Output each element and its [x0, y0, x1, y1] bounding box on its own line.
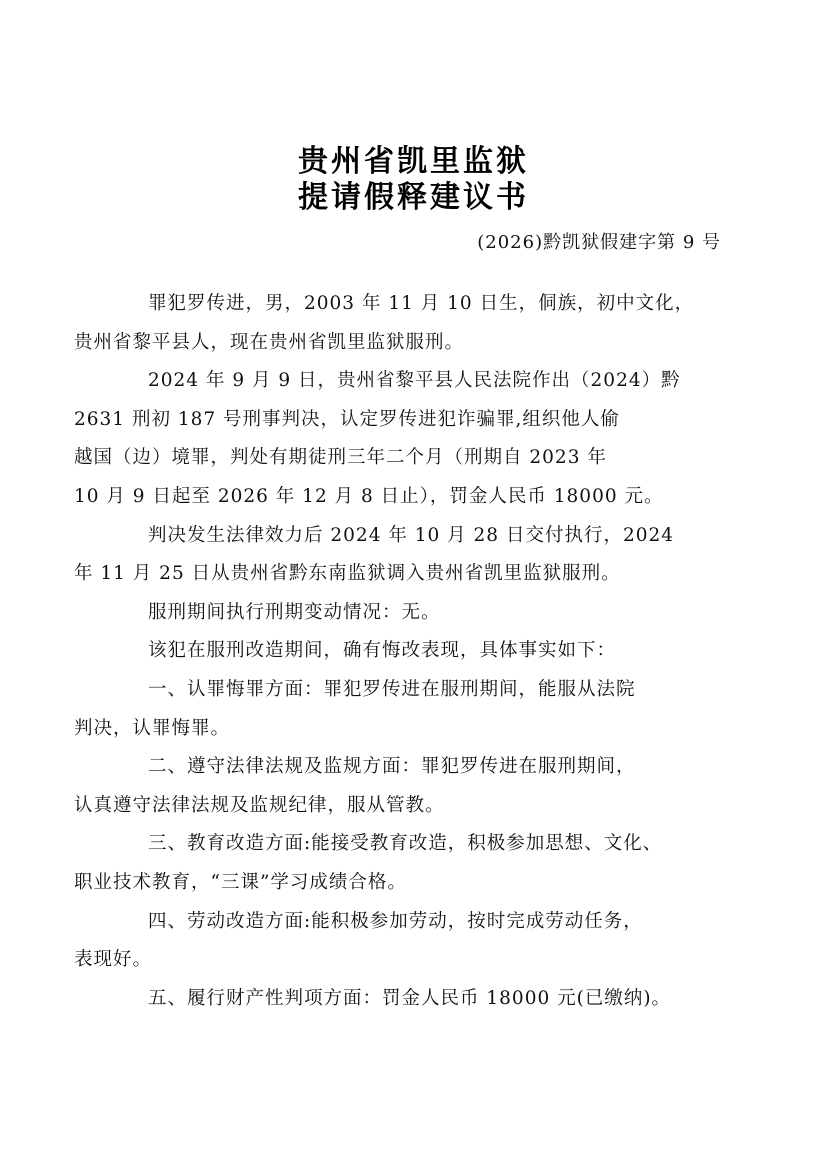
text-line: 二、遵守法律法规及监规方面：罪犯罗传进在服刑期间，: [111, 748, 731, 787]
document-page: 贵州省凯里监狱 提请假释建议书 (2026)黔凯狱假建字第 9 号 罪犯罗传进，…: [0, 0, 827, 1169]
text-line: 一、认罪悔罪方面：罪犯罗传进在服刑期间，能服从法院: [111, 671, 731, 710]
text-line: 表现好。: [74, 941, 731, 980]
text-line: 2024 年 9 月 9 日，贵州省黎平县人民法院作出（2024）黔: [111, 362, 731, 401]
text-line: 职业技术教育，“三课”学习成绩合格。: [74, 864, 731, 903]
text-line: 10 月 9 日起至 2026 年 12 月 8 日止），罚金人民币 18000…: [74, 478, 731, 517]
text-line: 贵州省黎平县人，现在贵州省凯里监狱服刑。: [74, 324, 731, 363]
paragraph-item-1: 一、认罪悔罪方面：罪犯罗传进在服刑期间，能服从法院 判决，认罪悔罪。: [111, 671, 731, 748]
text-line: 服刑期间执行刑期变动情况：无。: [111, 594, 731, 633]
text-line: 该犯在服刑改造期间，确有悔改表现，具体事实如下：: [111, 632, 731, 671]
document-title-line-1: 贵州省凯里监狱: [0, 144, 827, 180]
paragraph-item-3: 三、教育改造方面:能接受教育改造，积极参加思想、文化、 职业技术教育，“三课”学…: [111, 825, 731, 902]
paragraph-sentence-changes: 服刑期间执行刑期变动情况：无。: [111, 594, 731, 633]
paragraph-item-4: 四、劳动改造方面:能积极参加劳动，按时完成劳动任务， 表现好。: [111, 903, 731, 980]
paragraph-judgment: 2024 年 9 月 9 日，贵州省黎平县人民法院作出（2024）黔 2631 …: [111, 362, 731, 516]
paragraph-repentance-intro: 该犯在服刑改造期间，确有悔改表现，具体事实如下：: [111, 632, 731, 671]
text-line: 罪犯罗传进，男，2003 年 11 月 10 日生，侗族，初中文化，: [111, 285, 731, 324]
text-line: 判决，认罪悔罪。: [74, 710, 731, 749]
paragraph-execution: 判决发生法律效力后 2024 年 10 月 28 日交付执行，2024 年 11…: [111, 517, 731, 594]
text-line: 三、教育改造方面:能接受教育改造，积极参加思想、文化、: [111, 825, 731, 864]
paragraph-personal-info: 罪犯罗传进，男，2003 年 11 月 10 日生，侗族，初中文化， 贵州省黎平…: [111, 285, 731, 362]
text-line: 五、履行财产性判项方面：罚金人民币 18000 元(已缴纳)。: [111, 980, 731, 1019]
text-line: 年 11 月 25 日从贵州省黔东南监狱调入贵州省凯里监狱服刑。: [74, 555, 731, 594]
document-body: 罪犯罗传进，男，2003 年 11 月 10 日生，侗族，初中文化， 贵州省黎平…: [111, 285, 731, 1018]
paragraph-item-2: 二、遵守法律法规及监规方面：罪犯罗传进在服刑期间， 认真遵守法律法规及监规纪律，…: [111, 748, 731, 825]
document-title-line-2: 提请假释建议书: [0, 180, 827, 216]
text-line: 越国（边）境罪，判处有期徒刑三年二个月（刑期自 2023 年: [74, 439, 731, 478]
text-line: 2631 刑初 187 号刑事判决，认定罗传进犯诈骗罪,组织他人偷: [74, 401, 731, 440]
text-line: 认真遵守法律法规及监规纪律，服从管教。: [74, 787, 731, 826]
text-line: 四、劳动改造方面:能积极参加劳动，按时完成劳动任务，: [111, 903, 731, 942]
document-number: (2026)黔凯狱假建字第 9 号: [477, 230, 721, 256]
paragraph-item-5: 五、履行财产性判项方面：罚金人民币 18000 元(已缴纳)。: [111, 980, 731, 1019]
text-line: 判决发生法律效力后 2024 年 10 月 28 日交付执行，2024: [111, 517, 731, 556]
